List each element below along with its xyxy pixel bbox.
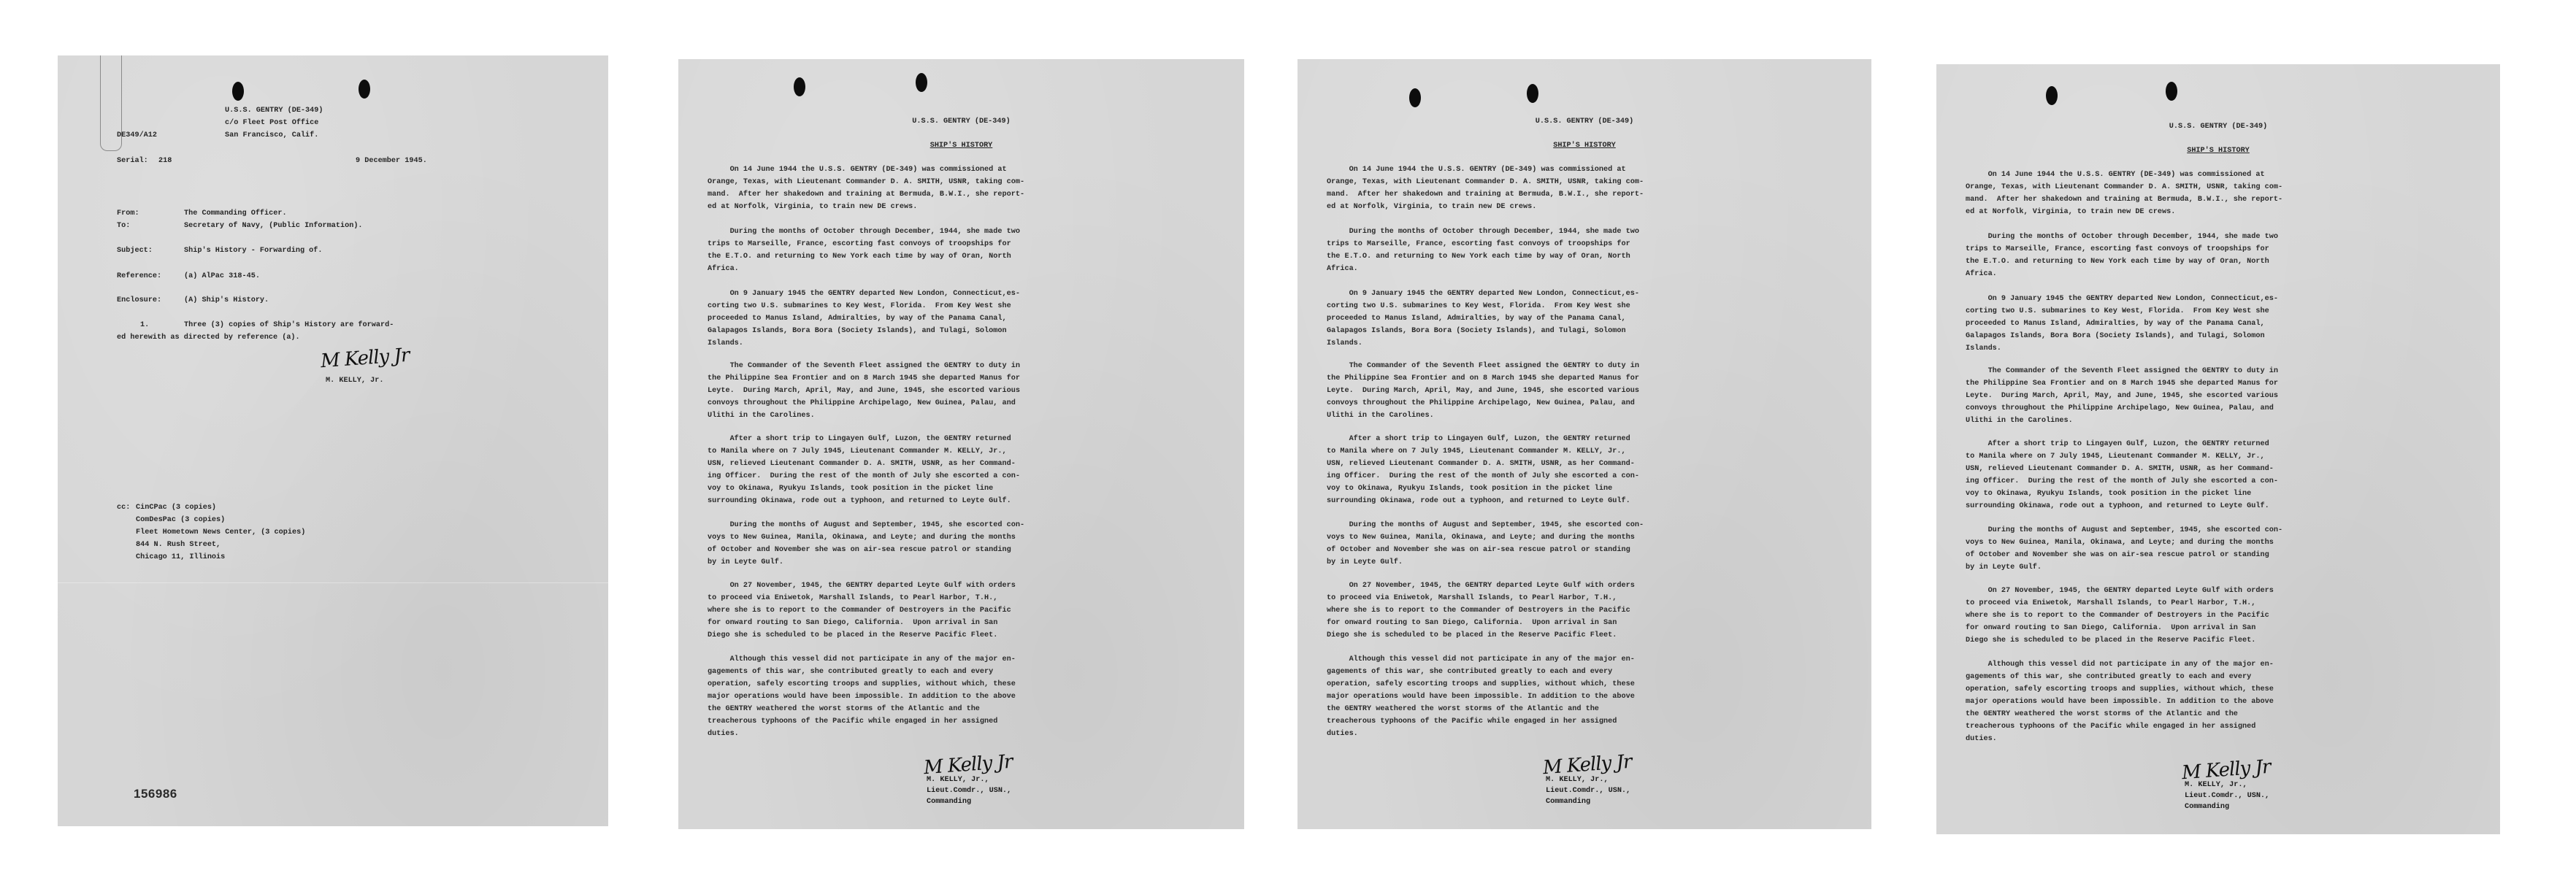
ship-heading: U.S.S. GENTRY (DE-349) <box>678 115 1244 128</box>
letter-date: 9 December 1945. <box>356 155 427 167</box>
signature-rank: Lieut.Comdr., USN., <box>1546 785 1630 796</box>
history-paragraph: During the months of August and Septembe… <box>1327 519 1648 569</box>
handwritten-signature: M Kelly Jr <box>320 345 410 372</box>
ship-heading: U.S.S. GENTRY (DE-349) <box>1297 115 1871 128</box>
history-paragraph: Although this vessel did not participate… <box>1966 658 2287 745</box>
signature-title: Commanding <box>2185 801 2229 812</box>
punch-hole-left <box>794 77 805 96</box>
cc-label: cc: <box>117 501 130 514</box>
to-value: Secretary of Navy, (Public Information). <box>184 220 363 232</box>
history-paragraph: After a short trip to Lingayen Gulf, Luz… <box>708 433 1029 507</box>
letterhead-line-3: San Francisco, Calif. <box>225 129 318 142</box>
history-paragraph: The Commander of the Seventh Fleet assig… <box>1327 360 1648 422</box>
signature-title: Commanding <box>927 796 971 807</box>
to-label: To: <box>117 220 130 232</box>
punch-hole-right <box>1527 84 1538 103</box>
history-paragraph: On 9 January 1945 the GENTRY departed Ne… <box>708 288 1029 350</box>
letterhead-line-2: c/o Fleet Post Office <box>225 117 318 129</box>
reference-label: Reference: <box>117 270 161 282</box>
file-code: DE349/A12 <box>117 129 157 142</box>
document-number: 156986 <box>134 787 177 801</box>
history-paragraph: On 14 June 1944 the U.S.S. GENTRY (DE-34… <box>1966 169 2287 218</box>
history-paragraph: During the months of August and Septembe… <box>1966 524 2287 574</box>
fold-crease <box>58 582 608 583</box>
history-paragraph: The Commander of the Seventh Fleet assig… <box>1966 365 2287 427</box>
history-paragraph: On 27 November, 1945, the GENTRY departe… <box>1966 585 2287 647</box>
from-value: The Commanding Officer. <box>184 207 287 220</box>
signature-rank: Lieut.Comdr., USN., <box>927 785 1011 796</box>
cc-item: ComDesPac (3 copies) <box>136 514 225 526</box>
cover-letter-page: U.S.S. GENTRY (DE-349) c/o Fleet Post Of… <box>58 55 608 826</box>
cc-item: 844 N. Rush Street, <box>136 539 221 551</box>
punch-hole-left <box>2046 86 2058 105</box>
signature-name: M. KELLY, Jr., <box>927 774 989 785</box>
punch-hole-right <box>2166 82 2177 101</box>
history-paragraph: On 9 January 1945 the GENTRY departed Ne… <box>1327 288 1648 350</box>
history-paragraph: On 27 November, 1945, the GENTRY departe… <box>1327 580 1648 642</box>
serial-label: Serial: <box>117 155 148 167</box>
punch-hole-left <box>232 82 244 101</box>
history-title: SHIP'S HISTORY <box>1297 139 1871 152</box>
history-paragraph: On 9 January 1945 the GENTRY departed Ne… <box>1966 293 2287 355</box>
ship-heading: U.S.S. GENTRY (DE-349) <box>1936 120 2500 133</box>
history-paragraph: On 14 June 1944 the U.S.S. GENTRY (DE-34… <box>1327 163 1648 213</box>
ships-history-page-3: U.S.S. GENTRY (DE-349) SHIP'S HISTORY On… <box>1936 64 2500 834</box>
serial-value: 218 <box>158 155 172 167</box>
history-paragraph: Although this vessel did not participate… <box>1327 653 1648 740</box>
signature-name: M. KELLY, Jr. <box>326 374 383 387</box>
subject-value: Ship's History - Forwarding of. <box>184 245 323 257</box>
history-paragraph: The Commander of the Seventh Fleet assig… <box>708 360 1029 422</box>
paragraph-line-2: ed herewith as directed by reference (a)… <box>117 331 300 344</box>
signature-rank: Lieut.Comdr., USN., <box>2185 790 2269 801</box>
history-paragraph: Although this vessel did not participate… <box>708 653 1029 740</box>
ships-history-page-2: U.S.S. GENTRY (DE-349) SHIP'S HISTORY On… <box>1297 59 1871 829</box>
subject-label: Subject: <box>117 245 153 257</box>
history-paragraph: During the months of August and Septembe… <box>708 519 1029 569</box>
history-title: SHIP'S HISTORY <box>678 139 1244 152</box>
paragraph-line-1: Three (3) copies of Ship's History are f… <box>184 319 394 331</box>
punch-hole-left <box>1409 88 1421 107</box>
history-paragraph: After a short trip to Lingayen Gulf, Luz… <box>1327 433 1648 507</box>
ships-history-page-1: U.S.S. GENTRY (DE-349) SHIP'S HISTORY On… <box>678 59 1244 829</box>
signature-title: Commanding <box>1546 796 1590 807</box>
from-label: From: <box>117 207 139 220</box>
history-paragraph: On 14 June 1944 the U.S.S. GENTRY (DE-34… <box>708 163 1029 213</box>
history-paragraph: After a short trip to Lingayen Gulf, Luz… <box>1966 438 2287 512</box>
enclosure-value: (A) Ship's History. <box>184 294 269 307</box>
punch-hole-right <box>359 80 370 99</box>
punch-hole-right <box>916 73 927 92</box>
history-title: SHIP'S HISTORY <box>1936 145 2500 157</box>
paragraph-number: 1. <box>140 319 149 331</box>
enclosure-label: Enclosure: <box>117 294 161 307</box>
cc-item: Chicago 11, Illinois <box>136 551 225 563</box>
cc-item: CinCPac (3 copies) <box>136 501 216 514</box>
history-paragraph: On 27 November, 1945, the GENTRY departe… <box>708 580 1029 642</box>
history-paragraph: During the months of October through Dec… <box>1327 226 1648 275</box>
reference-value: (a) AlPac 318-45. <box>184 270 260 282</box>
signature-name: M. KELLY, Jr., <box>1546 774 1609 785</box>
history-paragraph: During the months of October through Dec… <box>1966 231 2287 280</box>
history-paragraph: During the months of October through Dec… <box>708 226 1029 275</box>
signature-name: M. KELLY, Jr., <box>2185 780 2247 790</box>
cc-item: Fleet Hometown News Center, (3 copies) <box>136 526 305 539</box>
letterhead-line-1: U.S.S. GENTRY (DE-349) <box>225 104 323 117</box>
